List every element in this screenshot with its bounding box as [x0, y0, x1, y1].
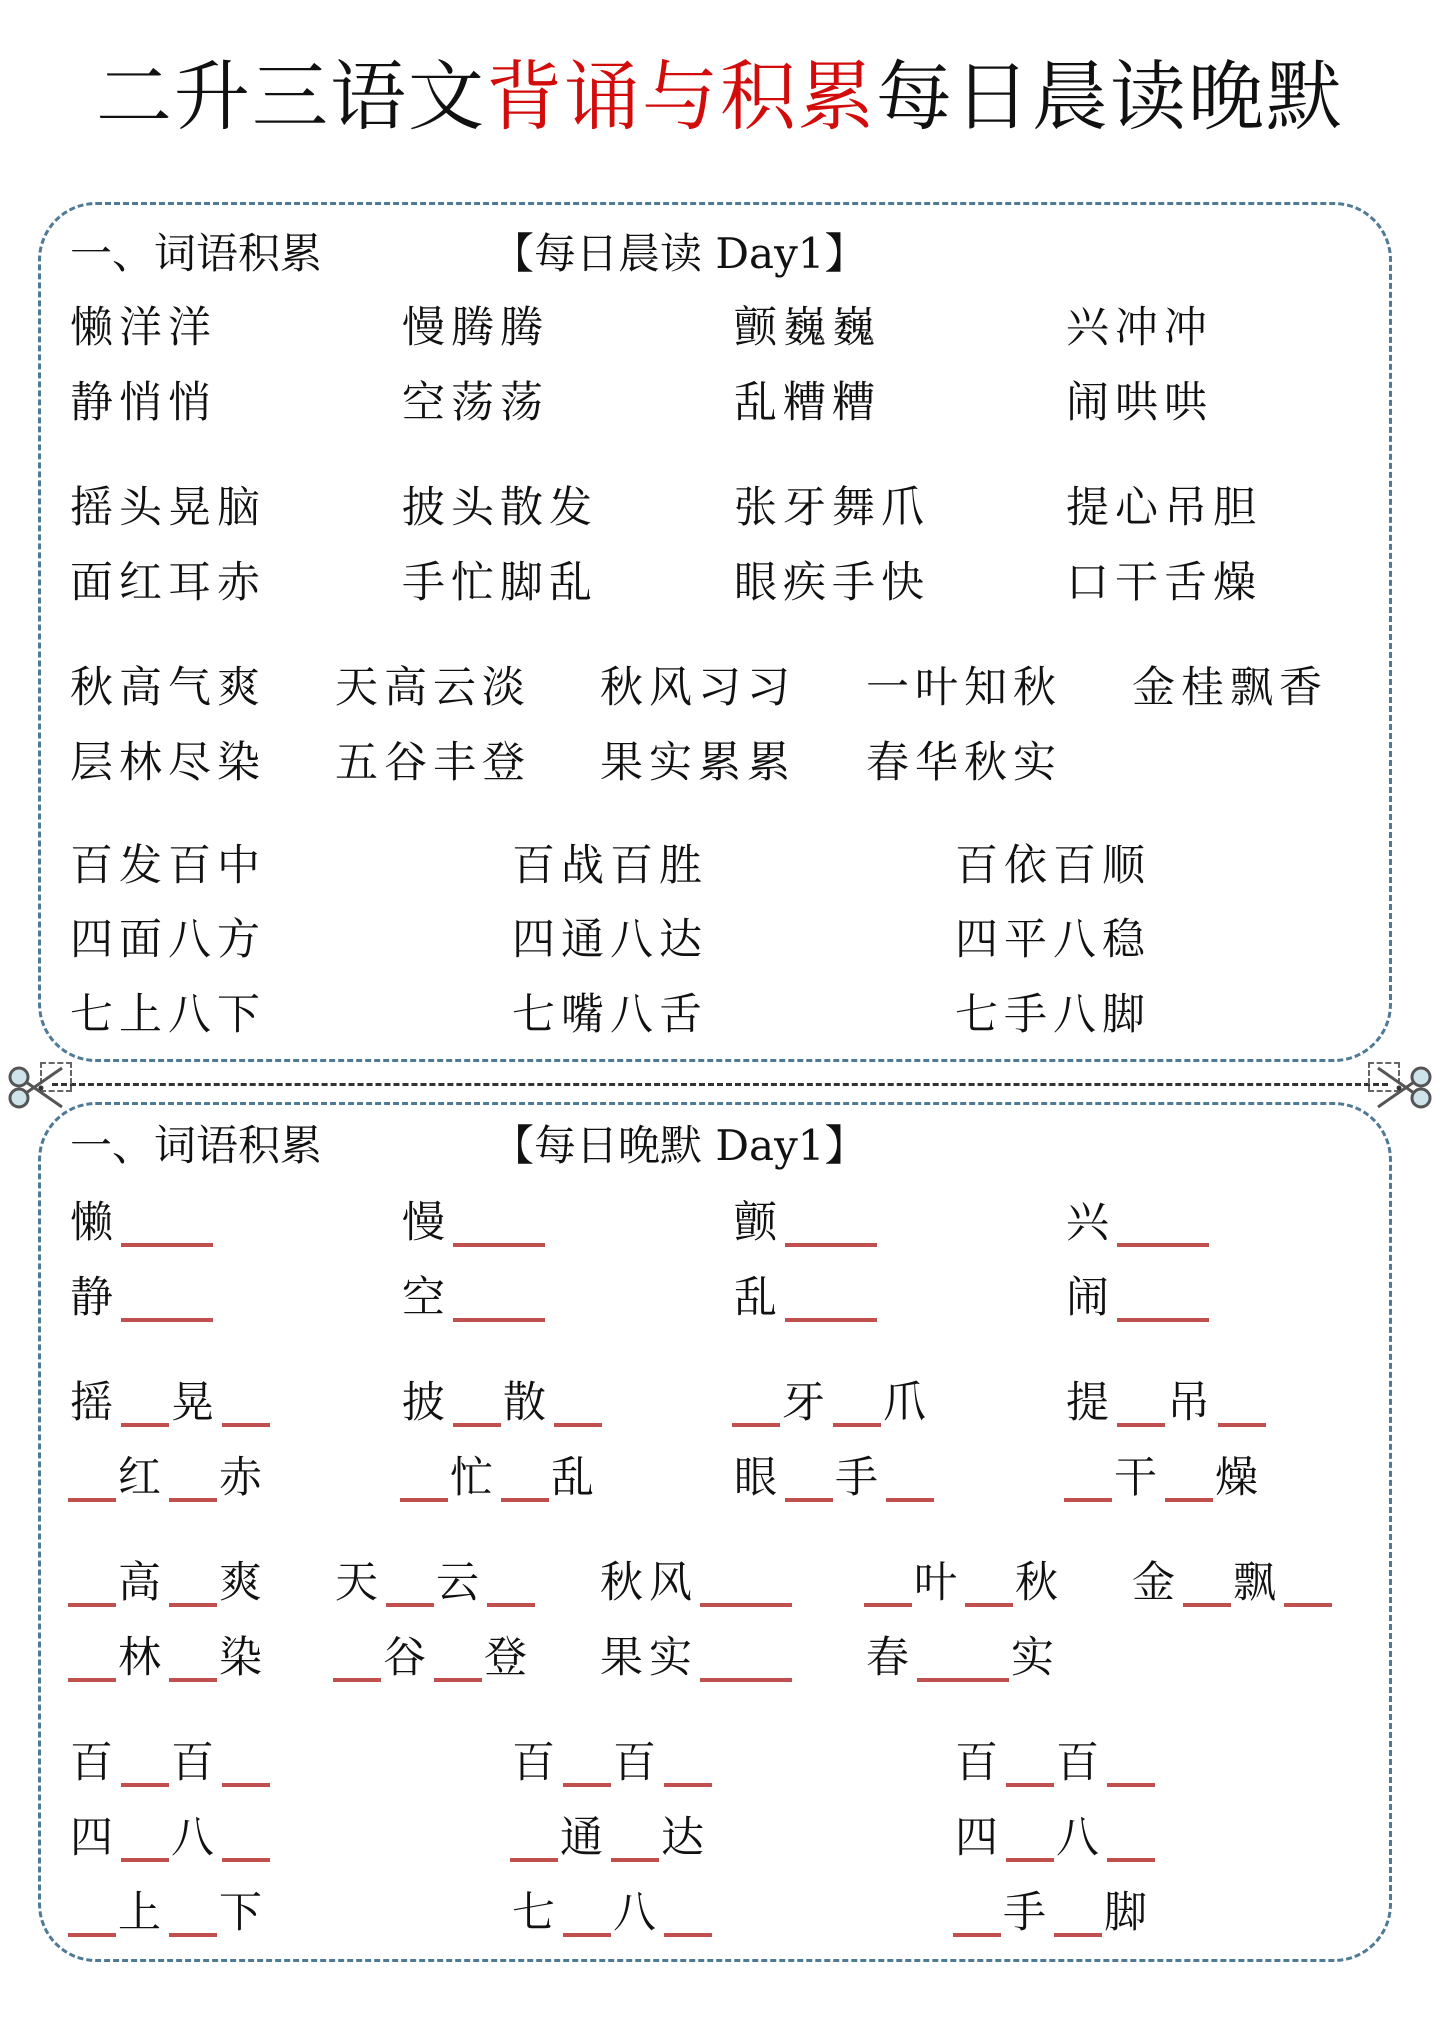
fill-blank[interactable]	[121, 1199, 213, 1247]
word-item: 金桂飘香	[1132, 660, 1328, 716]
fill-blank[interactable]	[1006, 1739, 1054, 1787]
evening-section-heading: 一、词语积累	[70, 1120, 322, 1172]
fill-blank[interactable]	[121, 1274, 213, 1322]
word-row: 静悄悄空荡荡乱糟糟闹哄哄	[0, 375, 1440, 435]
given-char: 飘	[1233, 1558, 1282, 1608]
given-char: 爽	[219, 1558, 268, 1608]
given-char: 天	[335, 1558, 384, 1608]
morning-day-tag: 【每日晨读 Day1】	[492, 228, 867, 280]
given-char: 八	[1056, 1813, 1105, 1863]
word-item: 春华秋实	[866, 735, 1062, 791]
word-item: 七上八下	[70, 987, 266, 1043]
dictation-item: 眼手	[734, 1450, 936, 1506]
fill-blank[interactable]	[386, 1559, 434, 1607]
word-row: 百发百中百战百胜百依百顺	[0, 838, 1440, 898]
dictation-item: 空	[402, 1270, 547, 1326]
given-char: 乱	[734, 1273, 783, 1323]
dictation-item: 金飘	[1132, 1555, 1334, 1611]
dictation-item: 牙爪	[730, 1375, 932, 1431]
dictation-row: 林染谷登果实春实	[0, 1630, 1440, 1690]
dictation-item: 春实	[866, 1630, 1060, 1686]
fill-blank[interactable]	[68, 1559, 116, 1607]
given-char: 金	[1132, 1558, 1181, 1608]
word-item: 五谷丰登	[335, 735, 531, 791]
given-char: 百	[613, 1738, 662, 1788]
word-item: 百发百中	[70, 838, 266, 894]
fill-blank[interactable]	[453, 1199, 545, 1247]
fill-blank[interactable]	[1284, 1559, 1332, 1607]
given-char: 秋	[600, 1558, 649, 1608]
evening-day-tag: 【每日晚默 Day1】	[492, 1120, 867, 1172]
given-char: 干	[1114, 1453, 1163, 1503]
fill-blank[interactable]	[121, 1739, 169, 1787]
given-char: 披	[402, 1378, 451, 1428]
given-char: 登	[484, 1633, 533, 1683]
given-char: 通	[560, 1813, 609, 1863]
fill-blank[interactable]	[487, 1559, 535, 1607]
word-item: 秋高气爽	[70, 660, 266, 716]
word-row: 面红耳赤手忙脚乱眼疾手快口干舌燥	[0, 555, 1440, 615]
fill-blank[interactable]	[563, 1739, 611, 1787]
given-char: 八	[171, 1813, 220, 1863]
fill-blank[interactable]	[563, 1889, 611, 1937]
word-item: 一叶知秋	[866, 660, 1062, 716]
given-char: 云	[436, 1558, 485, 1608]
given-char: 吊	[1167, 1378, 1216, 1428]
word-item: 七嘴八舌	[512, 987, 708, 1043]
fill-blank[interactable]	[434, 1634, 482, 1682]
given-char: 百	[955, 1738, 1004, 1788]
fill-blank[interactable]	[169, 1454, 217, 1502]
given-char: 赤	[219, 1453, 268, 1503]
fill-blank[interactable]	[222, 1379, 270, 1427]
word-item: 提心吊胆	[1066, 480, 1262, 536]
fill-blank[interactable]	[1107, 1739, 1155, 1787]
fill-blank[interactable]	[785, 1274, 877, 1322]
fill-blank[interactable]	[68, 1889, 116, 1937]
fill-blank[interactable]	[333, 1634, 381, 1682]
fill-blank[interactable]	[68, 1454, 116, 1502]
dictation-item: 四八	[955, 1810, 1157, 1866]
word-item: 层林尽染	[70, 735, 266, 791]
given-char: 上	[118, 1888, 167, 1938]
dictation-row: 上下七八手脚	[0, 1885, 1440, 1945]
fill-blank[interactable]	[453, 1379, 501, 1427]
dictation-row: 静空乱闹	[0, 1270, 1440, 1330]
word-item: 手忙脚乱	[402, 555, 598, 611]
dictation-item: 林染	[66, 1630, 268, 1686]
given-char: 摇	[70, 1378, 119, 1428]
dictation-item: 静	[70, 1270, 215, 1326]
word-row: 懒洋洋慢腾腾颤巍巍兴冲冲	[0, 300, 1440, 360]
dictation-row: 红赤忙乱眼手干燥	[0, 1450, 1440, 1510]
title-part-3: 每日晨读晚默	[876, 52, 1344, 141]
dictation-item: 果实	[600, 1630, 794, 1686]
word-item: 懒洋洋	[70, 300, 217, 356]
given-char: 谷	[383, 1633, 432, 1683]
fill-blank[interactable]	[1054, 1889, 1102, 1937]
dictation-item: 披散	[402, 1375, 604, 1431]
dictation-item: 闹	[1066, 1270, 1211, 1326]
word-item: 闹哄哄	[1066, 375, 1213, 431]
word-item: 披头散发	[402, 480, 598, 536]
given-char: 晃	[171, 1378, 220, 1428]
word-item: 兴冲冲	[1066, 300, 1213, 356]
word-item: 四面八方	[70, 912, 266, 968]
fill-blank[interactable]	[1117, 1379, 1165, 1427]
given-char: 下	[219, 1888, 268, 1938]
fill-blank[interactable]	[169, 1559, 217, 1607]
fill-blank[interactable]	[833, 1379, 881, 1427]
dictation-item: 慢	[402, 1195, 547, 1251]
given-char: 懒	[70, 1198, 119, 1248]
given-char: 提	[1066, 1378, 1115, 1428]
dictation-item: 提吊	[1066, 1375, 1268, 1431]
dictation-item: 摇晃	[70, 1375, 272, 1431]
given-char: 脚	[1104, 1888, 1153, 1938]
given-char: 乱	[551, 1453, 600, 1503]
dictation-item: 懒	[70, 1195, 215, 1251]
fill-blank[interactable]	[917, 1634, 1009, 1682]
dictation-item: 四八	[70, 1810, 272, 1866]
given-char: 高	[118, 1558, 167, 1608]
given-char: 颤	[734, 1198, 783, 1248]
given-char: 八	[613, 1888, 662, 1938]
given-char: 四	[955, 1813, 1004, 1863]
dictation-row: 四八通达四八	[0, 1810, 1440, 1870]
fill-blank[interactable]	[785, 1454, 833, 1502]
given-char: 七	[512, 1888, 561, 1938]
fill-blank[interactable]	[664, 1739, 712, 1787]
dictation-item: 七八	[512, 1885, 714, 1941]
word-item: 天高云淡	[335, 660, 531, 716]
cut-line	[52, 1083, 1388, 1086]
word-item: 四通八达	[512, 912, 708, 968]
fill-blank[interactable]	[864, 1559, 912, 1607]
fill-blank[interactable]	[68, 1634, 116, 1682]
dictation-item: 手脚	[951, 1885, 1153, 1941]
given-char: 百	[171, 1738, 220, 1788]
given-char: 牙	[782, 1378, 831, 1428]
fill-blank[interactable]	[1006, 1814, 1054, 1862]
page-title: 二升三语文背诵与积累每日晨读晚默	[0, 52, 1440, 142]
fill-blank[interactable]	[169, 1889, 217, 1937]
given-char: 忙	[450, 1453, 499, 1503]
dictation-row: 高爽天云秋风叶秋金飘	[0, 1555, 1440, 1615]
word-item: 眼疾手快	[734, 555, 930, 611]
word-item: 百战百胜	[512, 838, 708, 894]
given-char: 实	[649, 1633, 698, 1683]
fill-blank[interactable]	[1117, 1274, 1209, 1322]
given-char: 染	[219, 1633, 268, 1683]
fill-blank[interactable]	[1183, 1559, 1231, 1607]
fill-blank[interactable]	[953, 1889, 1001, 1937]
word-item: 秋风习习	[600, 660, 796, 716]
fill-blank[interactable]	[886, 1454, 934, 1502]
scissors-icon	[4, 1062, 64, 1112]
given-char: 闹	[1066, 1273, 1115, 1323]
word-row: 四面八方四通八达四平八稳	[0, 912, 1440, 972]
given-char: 百	[512, 1738, 561, 1788]
fill-blank[interactable]	[222, 1814, 270, 1862]
fill-blank[interactable]	[121, 1814, 169, 1862]
word-item: 口干舌燥	[1066, 555, 1262, 611]
dictation-item: 百百	[955, 1735, 1157, 1791]
fill-blank[interactable]	[121, 1379, 169, 1427]
dictation-item: 红赤	[66, 1450, 268, 1506]
dictation-item: 通达	[508, 1810, 710, 1866]
fill-blank[interactable]	[1117, 1199, 1209, 1247]
word-item: 面红耳赤	[70, 555, 266, 611]
given-char: 百	[1056, 1738, 1105, 1788]
given-char: 林	[118, 1633, 167, 1683]
dictation-item: 上下	[66, 1885, 268, 1941]
dictation-row: 百百百百百百	[0, 1735, 1440, 1795]
dictation-item: 高爽	[66, 1555, 268, 1611]
title-highlight: 背诵与积累	[486, 52, 876, 141]
dictation-row: 摇晃披散牙爪提吊	[0, 1375, 1440, 1435]
given-char: 空	[402, 1273, 451, 1323]
morning-section-heading: 一、词语积累	[70, 228, 322, 280]
fill-blank[interactable]	[453, 1274, 545, 1322]
given-char: 红	[118, 1453, 167, 1503]
dictation-item: 谷登	[331, 1630, 533, 1686]
word-item: 百依百顺	[955, 838, 1151, 894]
fill-blank[interactable]	[1218, 1379, 1266, 1427]
dictation-item: 忙乱	[398, 1450, 600, 1506]
given-char: 风	[649, 1558, 698, 1608]
fill-blank[interactable]	[554, 1379, 602, 1427]
word-item: 摇头晃脑	[70, 480, 266, 536]
dictation-item: 天云	[335, 1555, 537, 1611]
given-char: 果	[600, 1633, 649, 1683]
word-item: 慢腾腾	[402, 300, 549, 356]
dictation-item: 颤	[734, 1195, 879, 1251]
given-char: 春	[866, 1633, 915, 1683]
given-char: 燥	[1215, 1453, 1264, 1503]
word-item: 空荡荡	[402, 375, 549, 431]
word-row: 秋高气爽天高云淡秋风习习一叶知秋金桂飘香	[0, 660, 1440, 720]
fill-blank[interactable]	[1165, 1454, 1213, 1502]
dictation-item: 百百	[70, 1735, 272, 1791]
word-item: 七手八脚	[955, 987, 1151, 1043]
fill-blank[interactable]	[785, 1199, 877, 1247]
given-char: 爪	[883, 1378, 932, 1428]
given-char: 手	[835, 1453, 884, 1503]
fill-blank[interactable]	[501, 1454, 549, 1502]
dictation-item: 兴	[1066, 1195, 1211, 1251]
fill-blank[interactable]	[1107, 1814, 1155, 1862]
fill-blank[interactable]	[1064, 1454, 1112, 1502]
given-char: 散	[503, 1378, 552, 1428]
word-item: 颤巍巍	[734, 300, 881, 356]
given-char: 眼	[734, 1453, 783, 1503]
fill-blank[interactable]	[700, 1634, 792, 1682]
dictation-row: 懒慢颤兴	[0, 1195, 1440, 1255]
dictation-item: 乱	[734, 1270, 879, 1326]
word-row: 层林尽染五谷丰登果实累累春华秋实	[0, 735, 1440, 795]
fill-blank[interactable]	[169, 1634, 217, 1682]
fill-blank[interactable]	[664, 1889, 712, 1937]
dictation-item: 秋风	[600, 1555, 794, 1611]
given-char: 秋	[1015, 1558, 1064, 1608]
given-char: 叶	[914, 1558, 963, 1608]
dictation-item: 干燥	[1062, 1450, 1264, 1506]
given-char: 达	[661, 1813, 710, 1863]
word-row: 七上八下七嘴八舌七手八脚	[0, 987, 1440, 1047]
fill-blank[interactable]	[700, 1559, 792, 1607]
word-item: 静悄悄	[70, 375, 217, 431]
word-item: 四平八稳	[955, 912, 1151, 968]
fill-blank[interactable]	[510, 1814, 558, 1862]
title-part-1: 二升三语文	[96, 52, 486, 141]
given-char: 实	[1011, 1633, 1060, 1683]
dictation-item: 叶秋	[862, 1555, 1064, 1611]
word-item: 果实累累	[600, 735, 796, 791]
fill-blank[interactable]	[732, 1379, 780, 1427]
fill-blank[interactable]	[400, 1454, 448, 1502]
scissors-icon	[1376, 1062, 1436, 1112]
fill-blank[interactable]	[222, 1739, 270, 1787]
dictation-item: 百百	[512, 1735, 714, 1791]
given-char: 手	[1003, 1888, 1052, 1938]
given-char: 百	[70, 1738, 119, 1788]
word-item: 乱糟糟	[734, 375, 881, 431]
given-char: 兴	[1066, 1198, 1115, 1248]
word-item: 张牙舞爪	[734, 480, 930, 536]
given-char: 静	[70, 1273, 119, 1323]
word-row: 摇头晃脑披头散发张牙舞爪提心吊胆	[0, 480, 1440, 540]
fill-blank[interactable]	[611, 1814, 659, 1862]
given-char: 四	[70, 1813, 119, 1863]
fill-blank[interactable]	[965, 1559, 1013, 1607]
given-char: 慢	[402, 1198, 451, 1248]
